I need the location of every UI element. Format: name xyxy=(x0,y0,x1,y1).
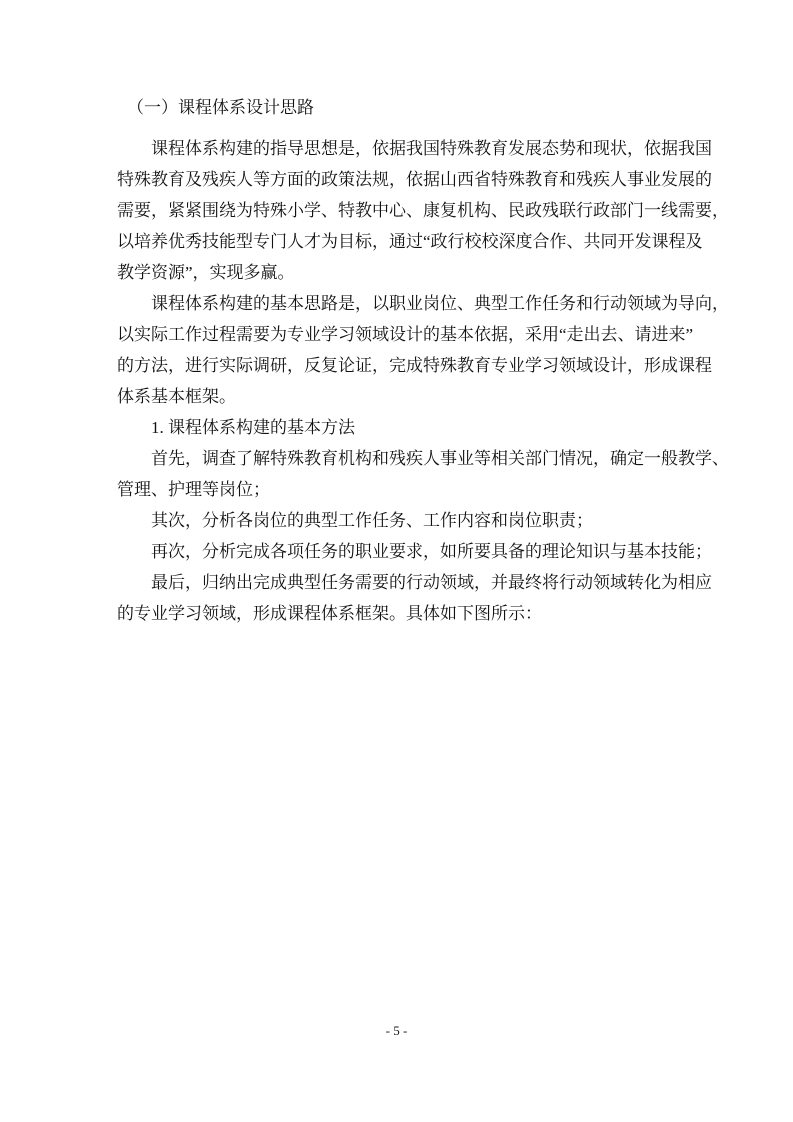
paragraph-1-line-5: 教学资源”，实现多赢。 xyxy=(117,257,717,288)
paragraph-1-line-3: 需要，紧紧围绕为特殊小学、特教中心、康复机构、民政残联行政部门一线需要， xyxy=(117,195,717,226)
document-page: （一）课程体系设计思路 课程体系构建的指导思想是，依据我国特殊教育发展态势和现状… xyxy=(0,0,793,1122)
paragraph-7-line-2: 的专业学习领域，形成课程体系框架。具体如下图所示： xyxy=(117,598,717,629)
paragraph-4-line-2: 管理、护理等岗位； xyxy=(117,474,717,505)
paragraph-1-line-1: 课程体系构建的指导思想是，依据我国特殊教育发展态势和现状，依据我国 xyxy=(117,133,717,164)
paragraph-2-line-1: 课程体系构建的基本思路是，以职业岗位、典型工作任务和行动领域为导向， xyxy=(117,288,717,319)
paragraph-2-line-3: 的方法，进行实际调研，反复论证，完成特殊教育专业学习领域设计，形成课程 xyxy=(117,350,717,381)
paragraph-1-line-4: 以培养优秀技能型专门人才为目标，通过“政行校校深度合作、共同开发课程及 xyxy=(117,226,717,257)
section-heading: （一）课程体系设计思路 xyxy=(117,92,717,123)
page-number: - 5 - xyxy=(0,1022,793,1040)
document-body: （一）课程体系设计思路 课程体系构建的指导思想是，依据我国特殊教育发展态势和现状… xyxy=(117,92,717,629)
paragraph-2-line-4: 体系基本框架。 xyxy=(117,381,717,412)
paragraph-6-line-1: 再次，分析完成各项任务的职业要求，如所要具备的理论知识与基本技能； xyxy=(117,536,717,567)
paragraphs-container: 课程体系构建的指导思想是，依据我国特殊教育发展态势和现状，依据我国特殊教育及残疾… xyxy=(117,133,717,629)
paragraph-5-line-1: 其次，分析各岗位的典型工作任务、工作内容和岗位职责； xyxy=(117,505,717,536)
paragraph-3-line-1: 1. 课程体系构建的基本方法 xyxy=(117,412,717,443)
paragraph-7-line-1: 最后，归纳出完成典型任务需要的行动领域，并最终将行动领域转化为相应 xyxy=(117,567,717,598)
paragraph-2-line-2: 以实际工作过程需要为专业学习领域设计的基本依据，采用“走出去、请进来” xyxy=(117,319,717,350)
paragraph-4-line-1: 首先，调查了解特殊教育机构和残疾人事业等相关部门情况，确定一般教学、 xyxy=(117,443,717,474)
paragraph-1-line-2: 特殊教育及残疾人等方面的政策法规，依据山西省特殊教育和残疾人事业发展的 xyxy=(117,164,717,195)
